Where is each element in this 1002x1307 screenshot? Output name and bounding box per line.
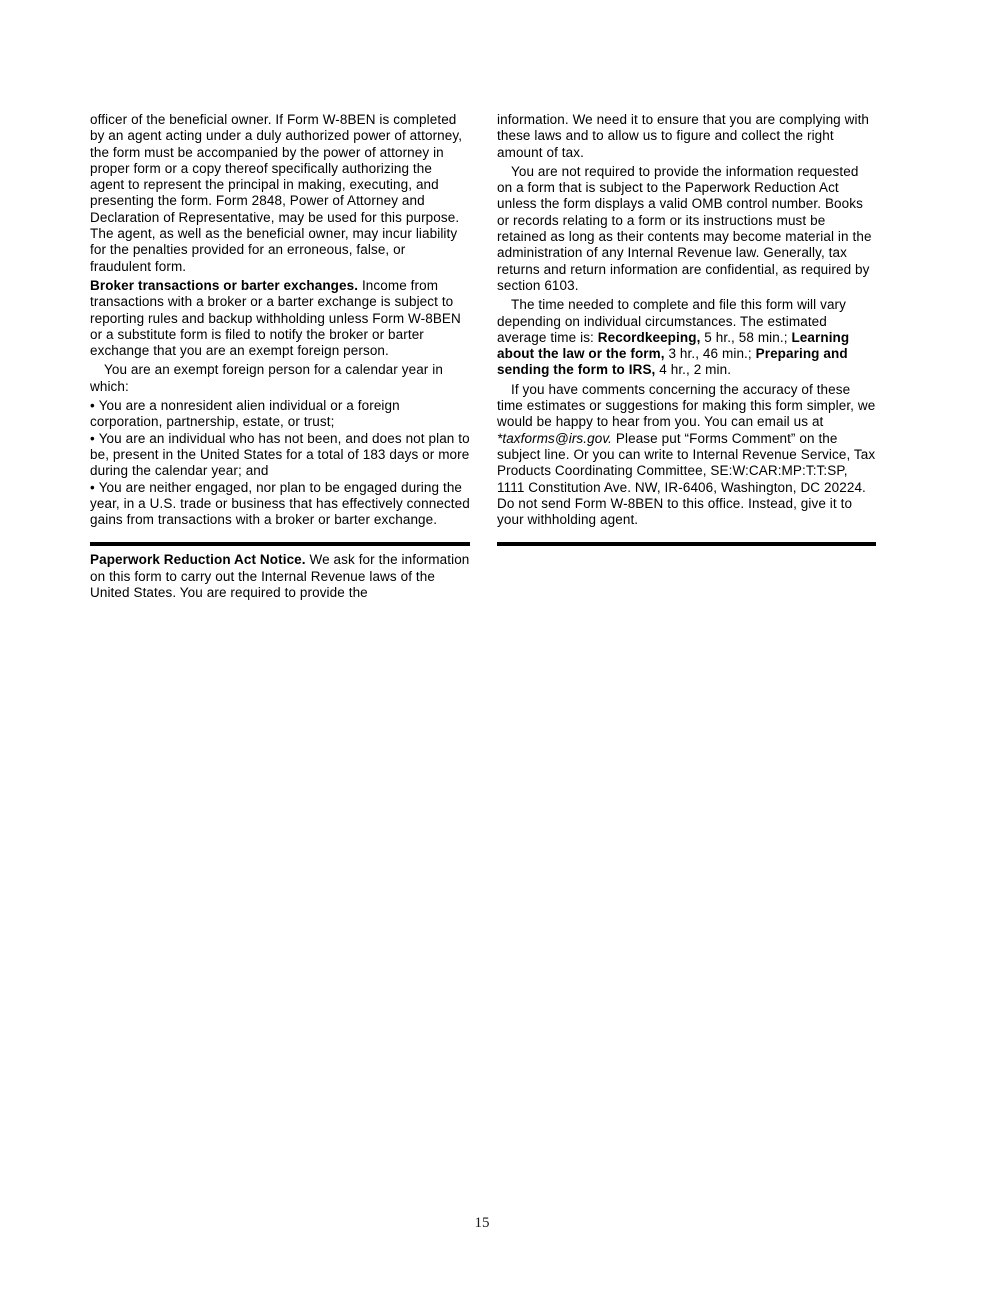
para-time-estimates: The time needed to complete and file thi… [497,297,876,378]
paperwork-notice-divider-rule [90,542,470,546]
text-run: officer of the beneficial owner. If Form… [90,112,462,274]
text-run: You are an exempt foreign person for a c… [90,362,443,393]
para-comments-address: If you have comments concerning the accu… [497,382,876,529]
bullet-not-engaged-us-trade: • You are neither engaged, nor plan to b… [90,480,470,529]
bullet-183-days: • You are an individual who has not been… [90,431,470,480]
text-run: If you have comments concerning the accu… [497,382,875,430]
text-run: 5 hr., 58 min.; [700,330,791,345]
para-exempt-foreign-person-intro: You are an exempt foreign person for a c… [90,362,470,395]
bullet-icon: • [90,398,99,413]
text-run: You are not required to provide the info… [497,164,872,293]
text-run: You are neither engaged, nor plan to be … [90,480,470,528]
para-not-required-omb: You are not required to provide the info… [497,164,876,294]
text-run: 3 hr., 46 min.; [665,346,756,361]
para-broker-transactions: Broker transactions or barter exchanges.… [90,278,470,359]
para-paperwork-reduction-act-notice: Paperwork Reduction Act Notice. We ask f… [90,552,470,601]
para-information-needed: information. We need it to ensure that y… [497,112,876,161]
right-column-end-rule [497,542,876,546]
italic-text-run: *taxforms@irs.gov. [497,431,612,446]
document-page: officer of the beneficial owner. If Form… [0,0,1002,1307]
right-column: information. We need it to ensure that y… [497,112,876,552]
text-run: You are an individual who has not been, … [90,431,470,479]
bullet-icon: • [90,480,99,495]
bold-text-run: Paperwork Reduction Act Notice. [90,552,306,567]
bullet-icon: • [90,431,99,446]
text-run: 4 hr., 2 min. [655,362,731,377]
bold-text-run: Recordkeeping, [598,330,701,345]
page-number: 15 [0,1215,964,1232]
left-column: officer of the beneficial owner. If Form… [90,112,470,604]
text-run: information. We need it to ensure that y… [497,112,869,160]
bold-text-run: Broker transactions or barter exchanges. [90,278,358,293]
text-run: You are a nonresident alien individual o… [90,398,400,429]
para-agent-power-of-attorney: officer of the beneficial owner. If Form… [90,112,470,275]
bullet-nonresident-alien: • You are a nonresident alien individual… [90,398,470,431]
